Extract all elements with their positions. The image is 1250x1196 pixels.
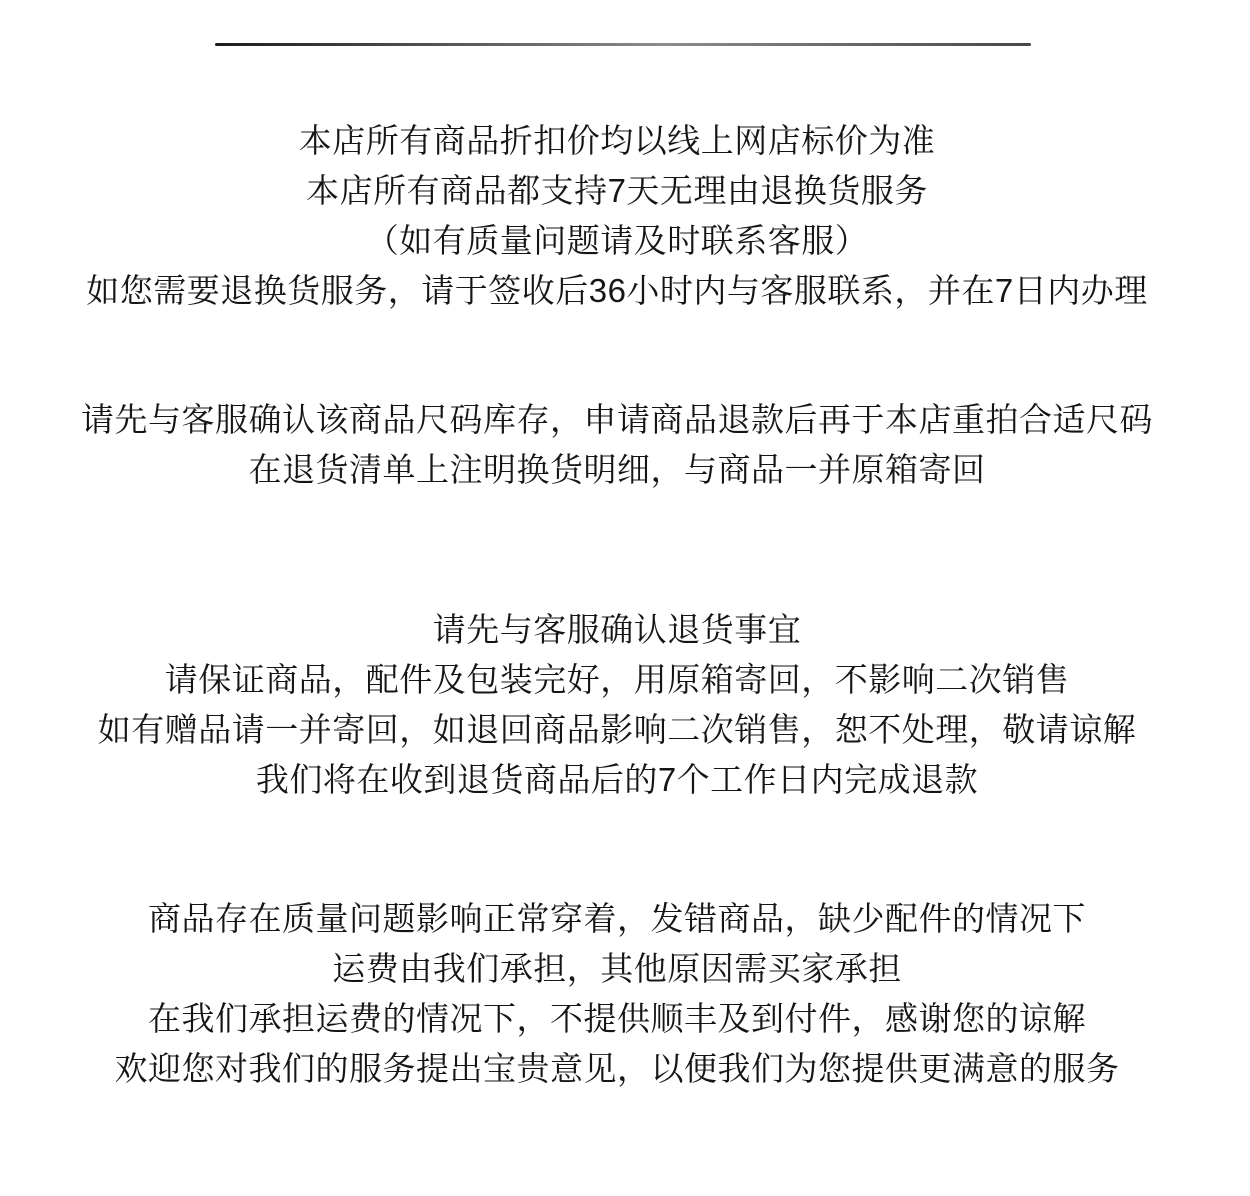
policy-line: 本店所有商品折扣价均以线上网店标价为准 (0, 116, 1234, 166)
policy-section-pricing-and-returns: 本店所有商品折扣价均以线上网店标价为准 本店所有商品都支持7天无理由退换货服务 … (0, 116, 1234, 316)
policy-line: 在退货清单上注明换货明细，与商品一并原箱寄回 (0, 445, 1234, 495)
policy-line: （如有质量问题请及时联系客服） (0, 216, 1234, 266)
policy-line: 在我们承担运费的情况下，不提供顺丰及到付件，感谢您的谅解 (0, 994, 1234, 1044)
policy-line: 商品存在质量问题影响正常穿着，发错商品，缺少配件的情况下 (0, 894, 1234, 944)
policy-line: 如您需要退换货服务，请于签收后36小时内与客服联系，并在7日内办理 (0, 266, 1234, 316)
policy-line: 请先与客服确认该商品尺码库存，申请商品退款后再于本店重拍合适尺码 (0, 395, 1234, 445)
policy-line: 欢迎您对我们的服务提出宝贵意见，以便我们为您提供更满意的服务 (0, 1044, 1234, 1094)
top-divider-line (215, 43, 1031, 46)
policy-line: 我们将在收到退货商品后的7个工作日内完成退款 (0, 755, 1234, 805)
policy-section-exchange-process: 请先与客服确认该商品尺码库存，申请商品退款后再于本店重拍合适尺码 在退货清单上注… (0, 395, 1234, 495)
policy-line: 运费由我们承担，其他原因需买家承担 (0, 944, 1234, 994)
store-policy-page: 本店所有商品折扣价均以线上网店标价为准 本店所有商品都支持7天无理由退换货服务 … (0, 0, 1250, 1196)
policy-section-return-conditions: 请先与客服确认退货事宜 请保证商品，配件及包装完好，用原箱寄回，不影响二次销售 … (0, 605, 1234, 805)
policy-line: 如有赠品请一并寄回，如退回商品影响二次销售，恕不处理，敬请谅解 (0, 705, 1234, 755)
policy-line: 本店所有商品都支持7天无理由退换货服务 (0, 166, 1234, 216)
policy-line: 请先与客服确认退货事宜 (0, 605, 1234, 655)
policy-section-shipping-fees: 商品存在质量问题影响正常穿着，发错商品，缺少配件的情况下 运费由我们承担，其他原… (0, 894, 1234, 1094)
policy-line: 请保证商品，配件及包装完好，用原箱寄回，不影响二次销售 (0, 655, 1234, 705)
